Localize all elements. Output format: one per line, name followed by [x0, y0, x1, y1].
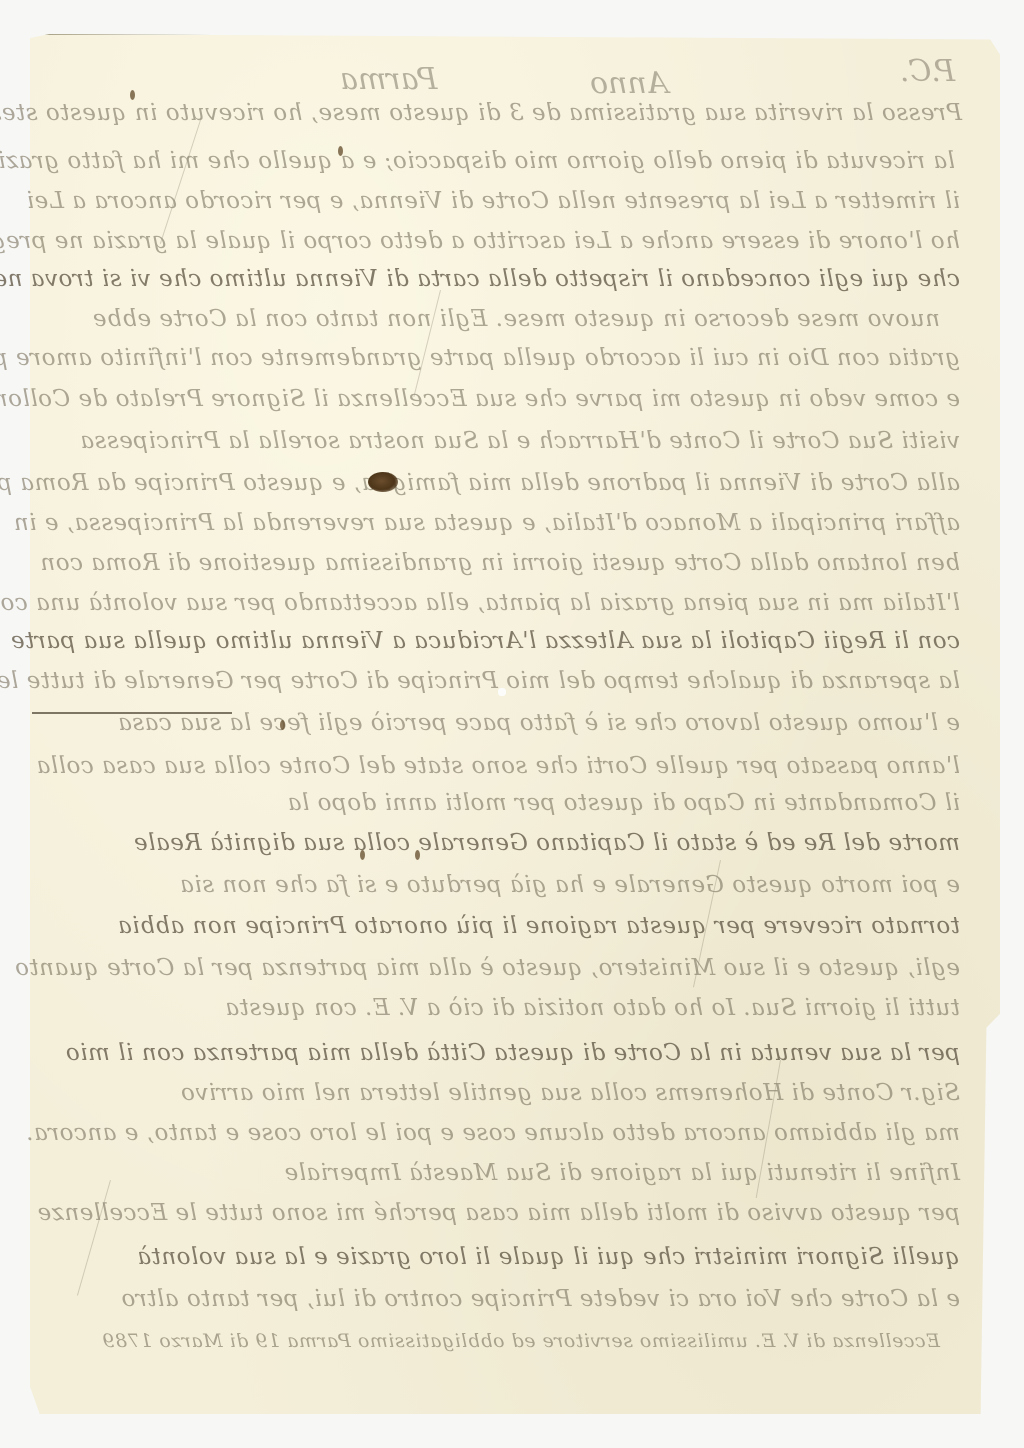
paper-edge — [30, 34, 988, 35]
heading-mark-center: Parma — [340, 62, 437, 97]
ink-blot — [368, 472, 398, 492]
letter-line-closing: Eccellenza di V. E. umilissimo servitore… — [60, 1330, 940, 1352]
letter-line: e poi morto questo Generale e ha già per… — [40, 872, 960, 898]
letter-line: e come vedo in questo mi parve che sua E… — [40, 386, 960, 412]
letter-line: il rimetter a Lei la presente nella Cort… — [40, 188, 960, 214]
heading-mark-corner: P.C. — [900, 54, 955, 89]
letter-line: il Comandante in Capo di questo per molt… — [40, 790, 960, 816]
ink-dot — [130, 90, 135, 100]
ink-dot — [360, 850, 365, 860]
paper-hole — [498, 688, 506, 696]
letter-line: Infine li ritenuti qui la ragione di Sua… — [40, 1160, 960, 1186]
letter-line: Presso la riverita sua gratissima de 3 d… — [62, 100, 962, 126]
ink-strike-line — [32, 712, 232, 714]
letter-line: l'anno passato per quelle Corti che sono… — [40, 753, 960, 779]
letter-line: Sig.r Conte di Hohenems colla sua gentil… — [40, 1080, 960, 1106]
letter-line: quelli Signori ministri che qui il quale… — [40, 1244, 960, 1270]
letter-line: visiti Sua Corte il Conte d'Harrach e la… — [40, 428, 960, 454]
letter-line: alla Corte di Vienna il padrone della mi… — [40, 470, 960, 496]
letter-line: egli, questo e il suo Ministero, questo … — [40, 955, 960, 981]
letter-line: ma gli abbiamo ancora detto alcune cose … — [40, 1120, 960, 1146]
letter-line: per la sua venuta in la Corte di questa … — [40, 1040, 960, 1066]
letter-line: tornato ricevere per questa ragione li p… — [40, 913, 960, 939]
ink-dot — [415, 850, 420, 860]
letter-line: per questo avviso di molti della mia cas… — [40, 1200, 960, 1226]
ink-dot — [338, 146, 343, 156]
heading-mark-right: Anno — [590, 66, 668, 101]
letter-line: con li Regii Capitoli la sua Altezza l'A… — [40, 628, 960, 654]
letter-line: nuovo mese decorso in questo mese. Egli … — [60, 306, 940, 332]
letter-line: ho l'onore di essere anche a Lei ascritt… — [40, 228, 960, 254]
letter-line: tutti li giorni Sua. Io ho dato notizia … — [40, 995, 960, 1021]
letter-line: l'Italia ma in sua piena grazia la piant… — [40, 590, 960, 616]
letter-line: affari principali a Monaco d'Italia, e q… — [40, 510, 960, 536]
letter-line: gratia con Dio in cui li accordo quella … — [40, 345, 960, 371]
letter-line: morte del Re ed è stato il Capitano Gene… — [40, 830, 960, 856]
letter-line: ben lontano dalla Corte questi giorni in… — [40, 550, 960, 576]
letter-line: che qui egli concedano il rispetto della… — [40, 266, 960, 292]
ink-dot — [280, 720, 285, 730]
letter-line: e la Corte che Voi ora ci vedete Princip… — [40, 1286, 960, 1312]
